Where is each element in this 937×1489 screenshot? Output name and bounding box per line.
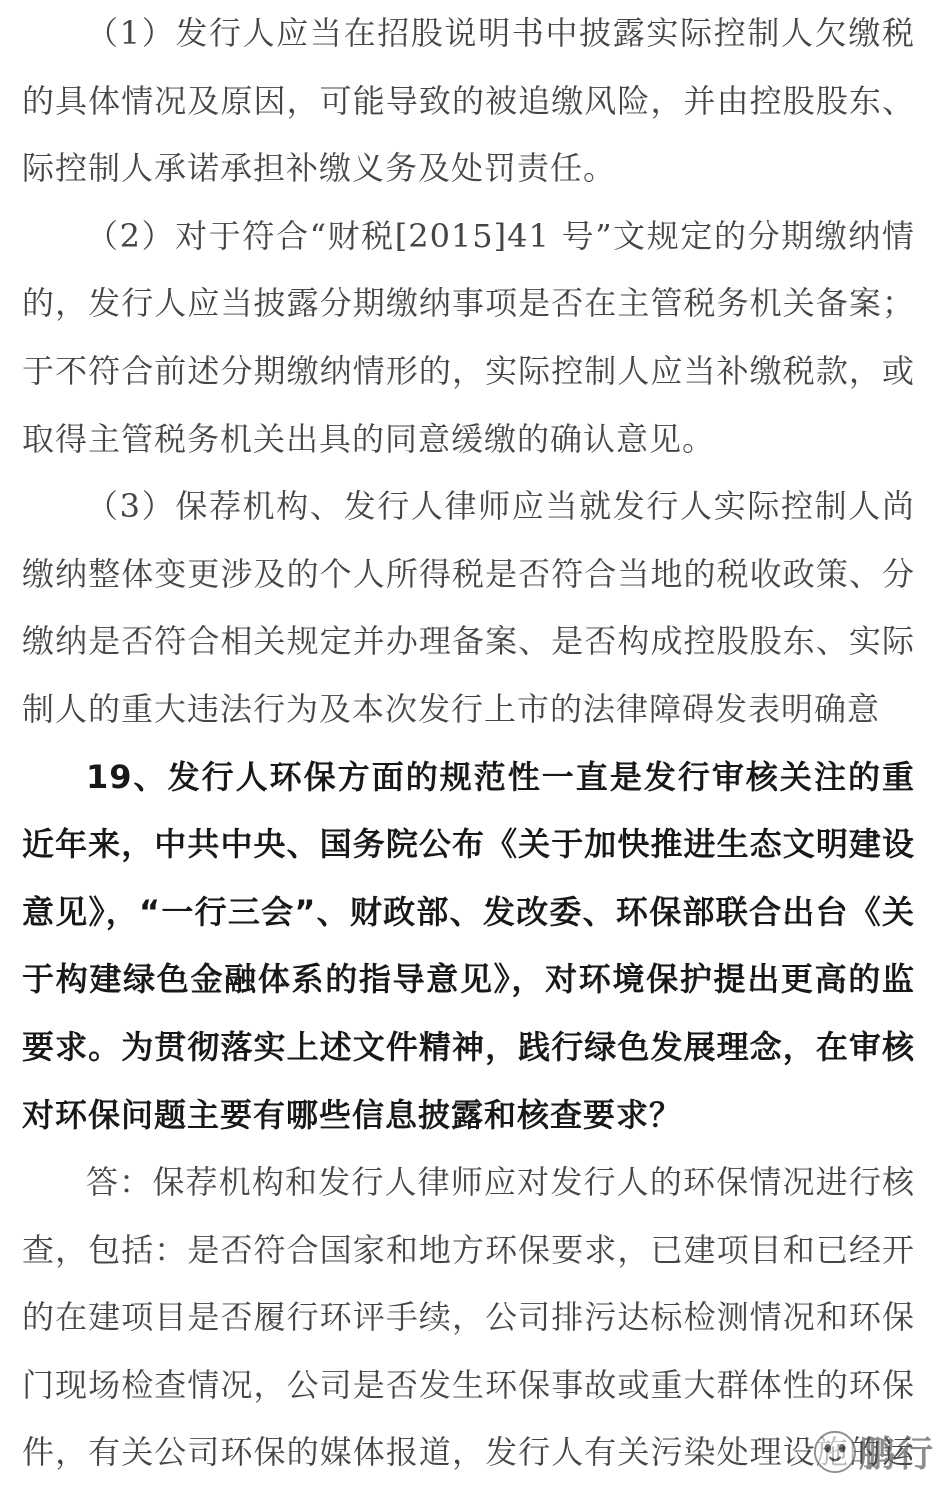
- text-line: 的在建项目是否履行环评手续，公司排污达标检测情况和环保部: [22, 1284, 915, 1352]
- text-line: 近年来，中共中央、国务院公布《关于加快推进生态文明建设的: [22, 811, 915, 879]
- paragraph-2: （2）对于符合“财税[2015]41 号”文规定的分期缴纳情形的，发行人应当披露…: [22, 203, 915, 473]
- paragraph-4: 19、发行人环保方面的规范性一直是发行审核关注的重点。近年来，中共中央、国务院公…: [22, 744, 915, 1150]
- text-line: 制人的重大违法行为及本次发行上市的法律障碍发表明确意见。: [22, 676, 915, 744]
- text-line: 19、发行人环保方面的规范性一直是发行审核关注的重点。: [22, 744, 915, 812]
- text-line: 的，发行人应当披露分期缴纳事项是否在主管税务机关备案；对: [22, 270, 915, 338]
- text-line: 取得主管税务机关出具的同意缓缴的确认意见。: [22, 406, 915, 474]
- text-line: 缴纳整体变更涉及的个人所得税是否符合当地的税收政策、分期: [22, 541, 915, 609]
- text-line: （3）保荐机构、发行人律师应当就发行人实际控制人尚未: [22, 473, 915, 541]
- text-line: 的具体情况及原因，可能导致的被追缴风险，并由控股股东、实: [22, 68, 915, 136]
- text-line: 查，包括：是否符合国家和地方环保要求，已建项目和已经开工: [22, 1217, 915, 1285]
- text-line: 答：保荐机构和发行人律师应对发行人的环保情况进行核: [22, 1149, 915, 1217]
- text-line: 对环保问题主要有哪些信息披露和核查要求？: [22, 1082, 915, 1150]
- text-line: 意见》，“一行三会”、财政部、发改委、环保部联合出台《关: [22, 879, 915, 947]
- paragraph-1: （1）发行人应当在招股说明书中披露实际控制人欠缴税款的具体情况及原因，可能导致的…: [22, 0, 915, 203]
- text-line: 要求。为贯彻落实上述文件精神，践行绿色发展理念，在审核中: [22, 1014, 915, 1082]
- text-line: （1）发行人应当在招股说明书中披露实际控制人欠缴税款: [22, 0, 915, 68]
- text-line: 缴纳是否符合相关规定并办理备案、是否构成控股股东、实际控: [22, 608, 915, 676]
- text-line: 于不符合前述分期缴纳情形的，实际控制人应当补缴税款，或者: [22, 338, 915, 406]
- text-line: （2）对于符合“财税[2015]41 号”文规定的分期缴纳情形: [22, 203, 915, 271]
- text-line: 际控制人承诺承担补缴义务及处罚责任。: [22, 135, 915, 203]
- document-body: （1）发行人应当在招股说明书中披露实际控制人欠缴税款的具体情况及原因，可能导致的…: [22, 0, 915, 1487]
- text-line: 于构建绿色金融体系的指导意见》，对环境保护提出更高的监管: [22, 946, 915, 1014]
- scanned-document-page: （1）发行人应当在招股说明书中披露实际控制人欠缴税款的具体情况及原因，可能导致的…: [0, 0, 937, 1489]
- paragraph-5: 答：保荐机构和发行人律师应对发行人的环保情况进行核查，包括：是否符合国家和地方环…: [22, 1149, 915, 1487]
- text-line: 门现场检查情况，公司是否发生环保事故或重大群体性的环保事: [22, 1352, 915, 1420]
- text-line: 件，有关公司环保的媒体报道，发行人有关污染处理设施的运行: [22, 1419, 915, 1487]
- paragraph-3: （3）保荐机构、发行人律师应当就发行人实际控制人尚未缴纳整体变更涉及的个人所得税…: [22, 473, 915, 743]
